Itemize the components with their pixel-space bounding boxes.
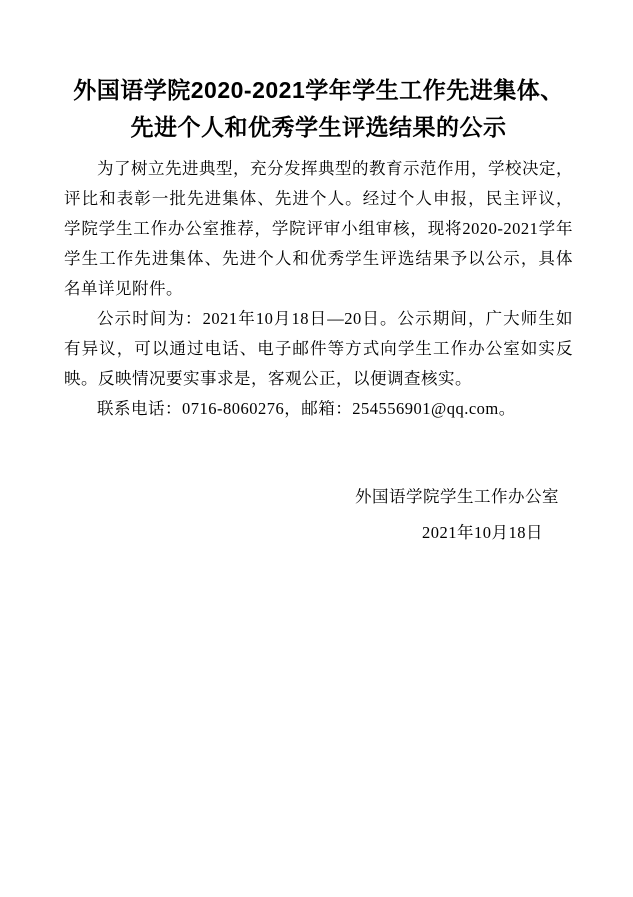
signature-date: 2021年10月18日 bbox=[64, 518, 573, 548]
paragraph-publicity-period: 公示时间为：2021年10月18日—20日。公示期间，广大师生如有异议，可以通过… bbox=[64, 304, 573, 394]
document-page: 外国语学院2020-2021学年学生工作先进集体、 先进个人和优秀学生评选结果的… bbox=[0, 0, 633, 897]
document-title-line-1: 外国语学院2020-2021学年学生工作先进集体、 bbox=[64, 72, 573, 109]
document-title: 外国语学院2020-2021学年学生工作先进集体、 先进个人和优秀学生评选结果的… bbox=[64, 72, 573, 146]
document-body: 为了树立先进典型，充分发挥典型的教育示范作用，学校决定，评比和表彰一批先进集体、… bbox=[64, 154, 573, 424]
signature-organization: 外国语学院学生工作办公室 bbox=[64, 482, 573, 512]
signature-block: 外国语学院学生工作办公室 2021年10月18日 bbox=[64, 482, 573, 548]
paragraph-contact-info: 联系电话：0716-8060276，邮箱：254556901@qq.com。 bbox=[64, 394, 573, 424]
document-title-line-2: 先进个人和优秀学生评选结果的公示 bbox=[64, 109, 573, 146]
paragraph-intro: 为了树立先进典型，充分发挥典型的教育示范作用，学校决定，评比和表彰一批先进集体、… bbox=[64, 154, 573, 304]
